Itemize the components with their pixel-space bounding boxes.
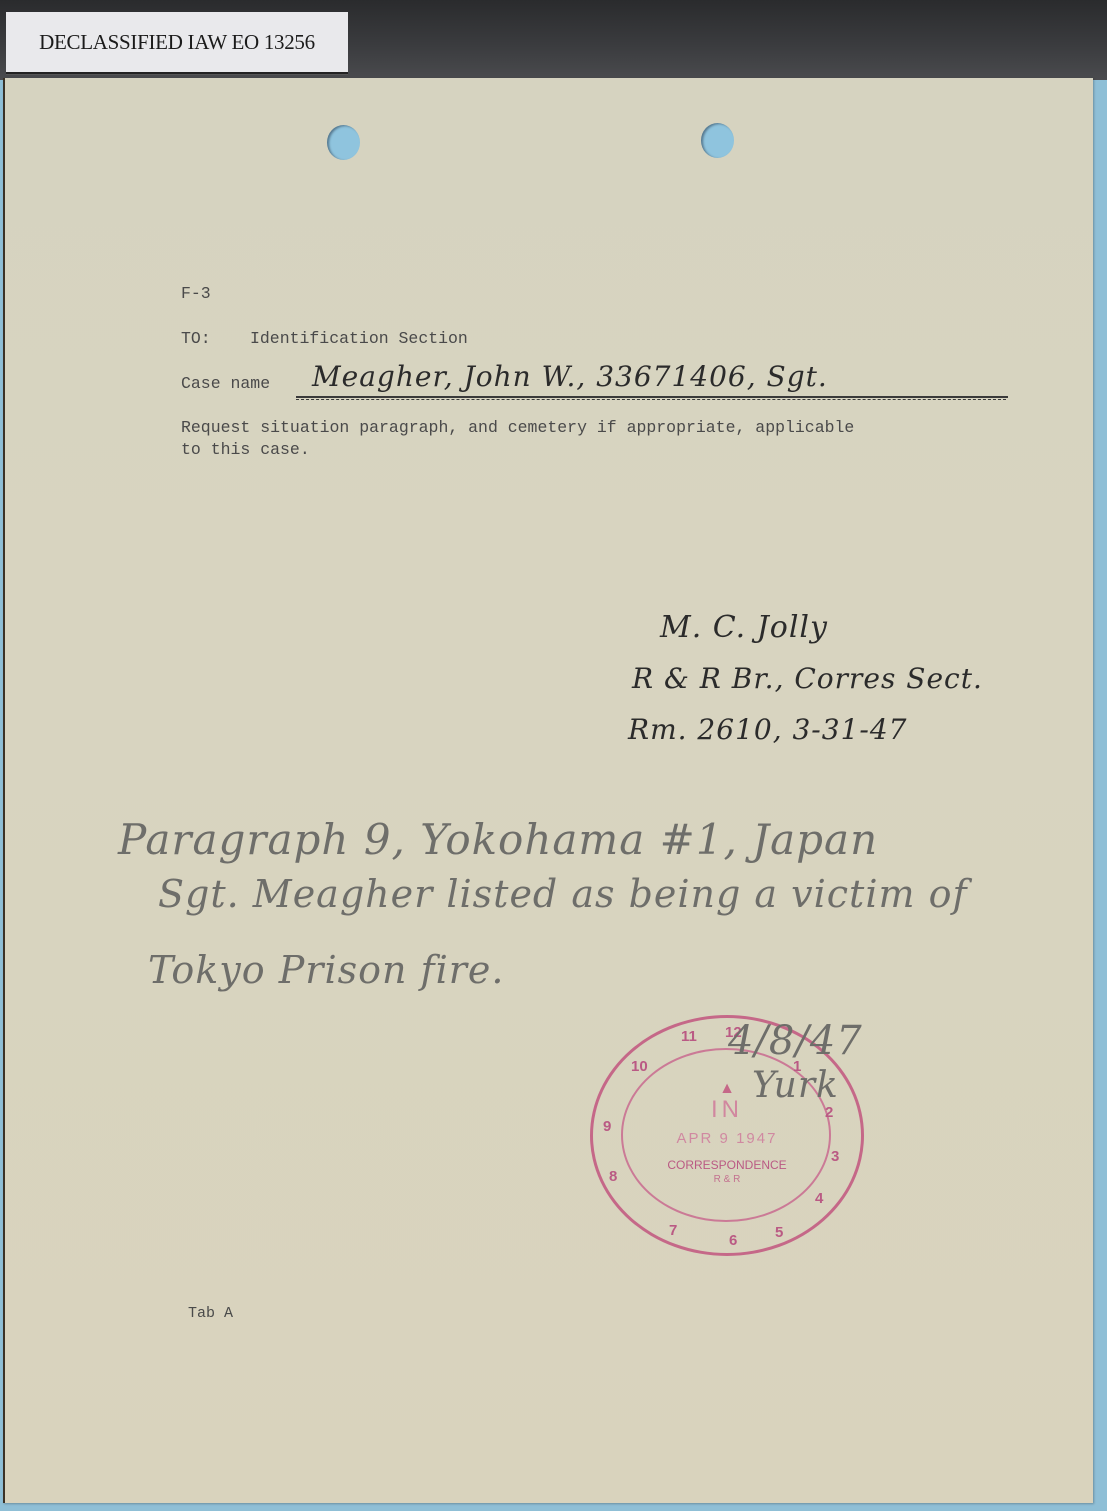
to-recipient: Identification Section: [250, 329, 468, 348]
case-name-underline: [296, 399, 1006, 400]
document-page: [3, 78, 1093, 1503]
stamp-ring-number: 11: [681, 1028, 697, 1045]
stamp-date: APR 9 1947: [593, 1130, 861, 1147]
case-name-label: Case name: [181, 374, 270, 393]
stamp-branch: R & R: [593, 1174, 861, 1185]
declassification-label: DECLASSIFIED IAW EO 13256: [6, 12, 348, 74]
stamp-ring-number: 7: [669, 1222, 677, 1239]
request-line-2: to this case.: [181, 440, 310, 459]
note-line-2: Sgt. Meagher listed as being a victim of: [158, 872, 968, 916]
stamp-ring-number: 6: [729, 1232, 737, 1249]
initials: Yurk: [752, 1065, 839, 1106]
case-name-strike: [296, 396, 1008, 398]
date-notation: 4/8/47: [728, 1018, 863, 1064]
signature-room-date: Rm. 2610, 3-31-47: [628, 713, 908, 746]
case-name-handwritten: Meagher, John W., 33671406, Sgt.: [312, 360, 828, 393]
stamp-office: CORRESPONDENCE: [593, 1158, 861, 1172]
note-line-3: Tokyo Prison fire.: [148, 948, 505, 992]
stamp-ring-number: 10: [631, 1058, 648, 1075]
to-label: TO:: [181, 329, 211, 348]
signature-office: R & R Br., Corres Sect.: [632, 662, 983, 695]
signature-name: M. C. Jolly: [660, 610, 828, 645]
stamp-ring-number: 5: [775, 1224, 783, 1241]
request-line-1: Request situation paragraph, and cemeter…: [181, 418, 854, 437]
tab-label: Tab A: [188, 1305, 233, 1322]
note-line-1: Paragraph 9, Yokohama #1, Japan: [118, 815, 878, 864]
punch-hole-right-icon: [701, 123, 734, 158]
stamp-ring-number: 4: [815, 1190, 823, 1207]
form-id: F-3: [181, 284, 211, 303]
punch-hole-left-icon: [327, 125, 360, 160]
